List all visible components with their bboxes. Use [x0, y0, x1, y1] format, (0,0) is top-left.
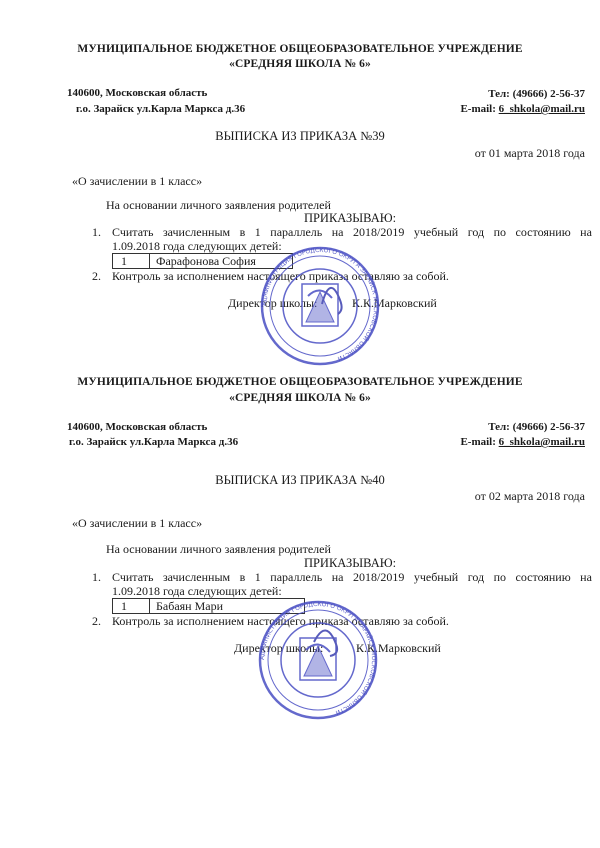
order-subject: «О зачислении в 1 класс» — [72, 516, 202, 531]
order-word: ПРИКАЗЫВАЮ: — [50, 556, 600, 571]
extract-title: ВЫПИСКА ИЗ ПРИКАЗА №40 — [0, 473, 600, 488]
word: учебный — [414, 225, 458, 240]
word: на — [580, 225, 592, 240]
item1-number: 1. — [92, 570, 101, 585]
extract-date: от 01 марта 2018 года — [475, 146, 585, 161]
word: учебный — [414, 570, 458, 585]
order-word: ПРИКАЗЫВАЮ: — [50, 211, 600, 226]
item1-line2: 1.09.2018 года следующих детей: — [112, 239, 282, 254]
extract-title: ВЫПИСКА ИЗ ПРИКАЗА №39 — [0, 129, 600, 144]
official-stamp-icon: АДМИНИСТРАЦИЯ ГОРОДСКОГО ОКРУГА ЗАРАЙСК … — [256, 598, 380, 722]
word: 2018/2019 — [353, 570, 404, 585]
word: зачисленным — [163, 570, 230, 585]
word: год — [468, 570, 484, 585]
email-link[interactable]: 6_shkola@mail.ru — [499, 436, 585, 448]
extract-date: от 02 марта 2018 года — [475, 489, 585, 504]
org-name-line2: «СРЕДНЯЯ ШКОЛА № 6» — [0, 392, 600, 404]
word: 1 — [255, 225, 261, 240]
word: состоянию — [516, 570, 571, 585]
child-number: 1 — [113, 599, 150, 614]
order-subject: «О зачислении в 1 класс» — [72, 174, 202, 189]
email-label: E-mail: — [460, 436, 498, 448]
word: 1 — [255, 570, 261, 585]
official-stamp-icon: АДМИНИСТРАЦИЯ ГОРОДСКОГО ОКРУГА ЗАРАЙСК … — [258, 244, 382, 368]
email-row: E-mail: 6_shkola@mail.ru — [460, 103, 585, 115]
org-name-line1: МУНИЦИПАЛЬНОЕ БЮДЖЕТНОЕ ОБЩЕОБРАЗОВАТЕЛЬ… — [0, 376, 600, 388]
org-name-line1: МУНИЦИПАЛЬНОЕ БЮДЖЕТНОЕ ОБЩЕОБРАЗОВАТЕЛЬ… — [0, 43, 600, 55]
item2-number: 2. — [92, 269, 101, 284]
email-link[interactable]: 6_shkola@mail.ru — [499, 103, 585, 115]
child-number: 1 — [113, 254, 150, 269]
word: на — [332, 570, 344, 585]
word: параллель — [270, 570, 322, 585]
address-line2: г.о. Зарайск ул.Карла Маркса д.36 — [76, 103, 245, 115]
word: зачисленным — [163, 225, 230, 240]
item1-line1: Считатьзачисленнымв1параллельна2018/2019… — [112, 225, 592, 240]
word: на — [580, 570, 592, 585]
word: в — [240, 225, 246, 240]
word: на — [332, 225, 344, 240]
word: год — [468, 225, 484, 240]
item1-line1: Считатьзачисленнымв1параллельна2018/2019… — [112, 570, 592, 585]
address-line1: 140600, Московская область — [67, 87, 207, 99]
phone: Тел: (49666) 2-56-37 — [488, 421, 585, 433]
org-name-line2: «СРЕДНЯЯ ШКОЛА № 6» — [0, 58, 600, 70]
word: в — [240, 570, 246, 585]
phone: Тел: (49666) 2-56-37 — [488, 88, 585, 100]
item2-number: 2. — [92, 614, 101, 629]
address-line2: г.о. Зарайск ул.Карла Маркса д.36 — [69, 436, 238, 448]
item1-line2: 1.09.2018 года следующих детей: — [112, 584, 282, 599]
word: параллель — [270, 225, 322, 240]
word: по — [494, 570, 506, 585]
word: 2018/2019 — [353, 225, 404, 240]
word: Считать — [112, 225, 153, 240]
word: состоянию — [516, 225, 571, 240]
word: Считать — [112, 570, 153, 585]
email-row: E-mail: 6_shkola@mail.ru — [460, 436, 585, 448]
address-line1: 140600, Московская область — [67, 421, 207, 433]
word: по — [494, 225, 506, 240]
item1-number: 1. — [92, 225, 101, 240]
email-label: E-mail: — [460, 103, 498, 115]
order-basis: На основании личного заявления родителей — [106, 542, 331, 557]
